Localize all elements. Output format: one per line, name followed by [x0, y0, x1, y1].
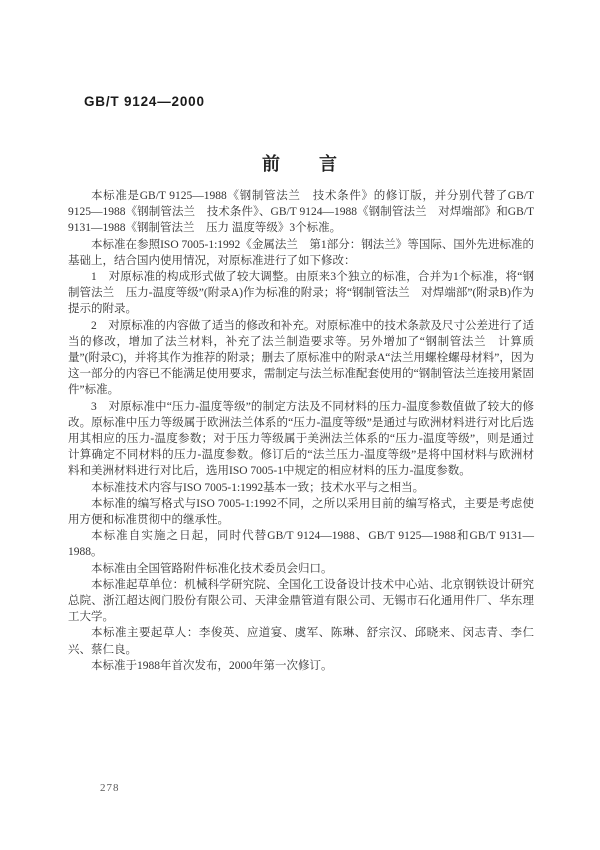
paragraph-numbered-item: 3 对原标准中“压力-温度等级”的制定方法及不同材料的压力-温度参数值做了较大的…: [68, 399, 534, 480]
paragraph: 本标准起草单位：机械科学研究院、全国化工设备设计技术中心站、北京钢铁设计研究总院…: [68, 577, 534, 626]
foreword-body: 本标准是GB/T 9125—1988《钢制管法兰 技术条件》的修订版，并分别代替…: [68, 188, 534, 674]
paragraph: 本标准由全国管路附件标准化技术委员会归口。: [68, 561, 534, 577]
paragraph: 本标准主要起草人：李俊英、应道宴、虞军、陈琳、舒宗汉、邱晓来、闵志青、李仁兴、蔡…: [68, 625, 534, 657]
page-number: 278: [100, 782, 120, 794]
document-page: GB/T 9124—2000 前 言 本标准是GB/T 9125—1988《钢制…: [0, 0, 600, 850]
paragraph: 本标准在参照ISO 7005-1:1992《金属法兰 第1部分：钢法兰》等国际、…: [68, 237, 534, 269]
paragraph: 本标准是GB/T 9125—1988《钢制管法兰 技术条件》的修订版，并分别代替…: [68, 188, 534, 237]
standard-code: GB/T 9124—2000: [84, 94, 205, 109]
paragraph: 本标准于1988年首次发布，2000年第一次修订。: [68, 658, 534, 674]
paragraph-numbered-item: 2 对原标准的内容做了适当的修改和补充。对原标准中的技术条款及尺寸公差进行了适当…: [68, 318, 534, 399]
paragraph: 本标准自实施之日起，同时代替GB/T 9124—1988、GB/T 9125—1…: [68, 528, 534, 560]
paragraph: 本标准的编写格式与ISO 7005-1:1992不同，之所以采用目前的编写格式，…: [68, 496, 534, 528]
paragraph: 本标准技术内容与ISO 7005-1:1992基本一致；技术水平与之相当。: [68, 480, 534, 496]
page-title: 前 言: [0, 150, 600, 176]
paragraph-numbered-item: 1 对原标准的构成形式做了较大调整。由原来3个独立的标准，合并为1个标准，将“钢…: [68, 269, 534, 318]
